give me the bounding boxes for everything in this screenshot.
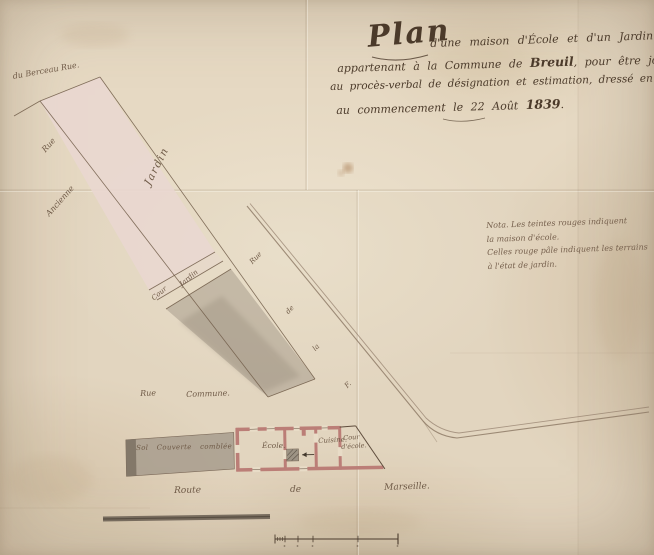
nota-block: Nota. Les teintes rouges indiquent la ma… bbox=[486, 213, 649, 273]
street-label-rue-commune-2: Commune. bbox=[186, 388, 230, 399]
bottom-road bbox=[103, 517, 270, 520]
street-label-rue-commune-1: Rue bbox=[140, 388, 156, 398]
route-label-de: de bbox=[290, 485, 301, 495]
school-room-label: École. bbox=[262, 441, 285, 450]
commune-name: Breuil bbox=[530, 54, 574, 70]
route-label-marseille: Marseille. bbox=[384, 481, 430, 493]
stairs-hatch bbox=[287, 449, 299, 461]
plan-document: Plan d'une maison d'École et d'un Jardin… bbox=[0, 0, 654, 555]
route-label-route: Route bbox=[174, 486, 201, 496]
title-line-2-post: , pour être joint bbox=[573, 53, 654, 69]
plan-date-year: 1839 bbox=[526, 96, 561, 112]
schoolyard-label-line1: Cour bbox=[343, 433, 360, 442]
date-underline-flourish bbox=[443, 118, 485, 121]
covered-ground-strip bbox=[126, 432, 235, 476]
title-line-4-post: . bbox=[560, 98, 564, 111]
covered-ground-label: Sol Couverte comblée bbox=[136, 442, 232, 452]
